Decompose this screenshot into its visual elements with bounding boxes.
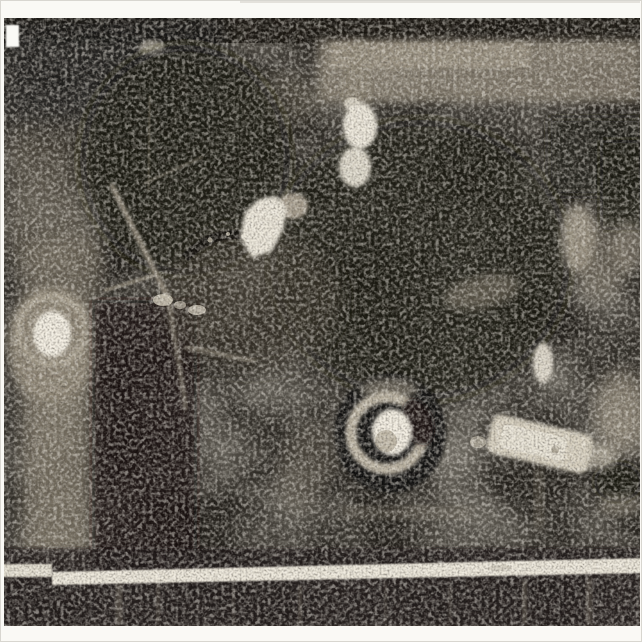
photo-area <box>3 17 642 626</box>
dark-grain-layer <box>3 17 640 626</box>
photo-artwork <box>0 0 642 642</box>
halftone-crash-photograph <box>0 0 642 642</box>
torn-notch <box>6 25 19 47</box>
bottom-paper-margin <box>0 626 642 642</box>
